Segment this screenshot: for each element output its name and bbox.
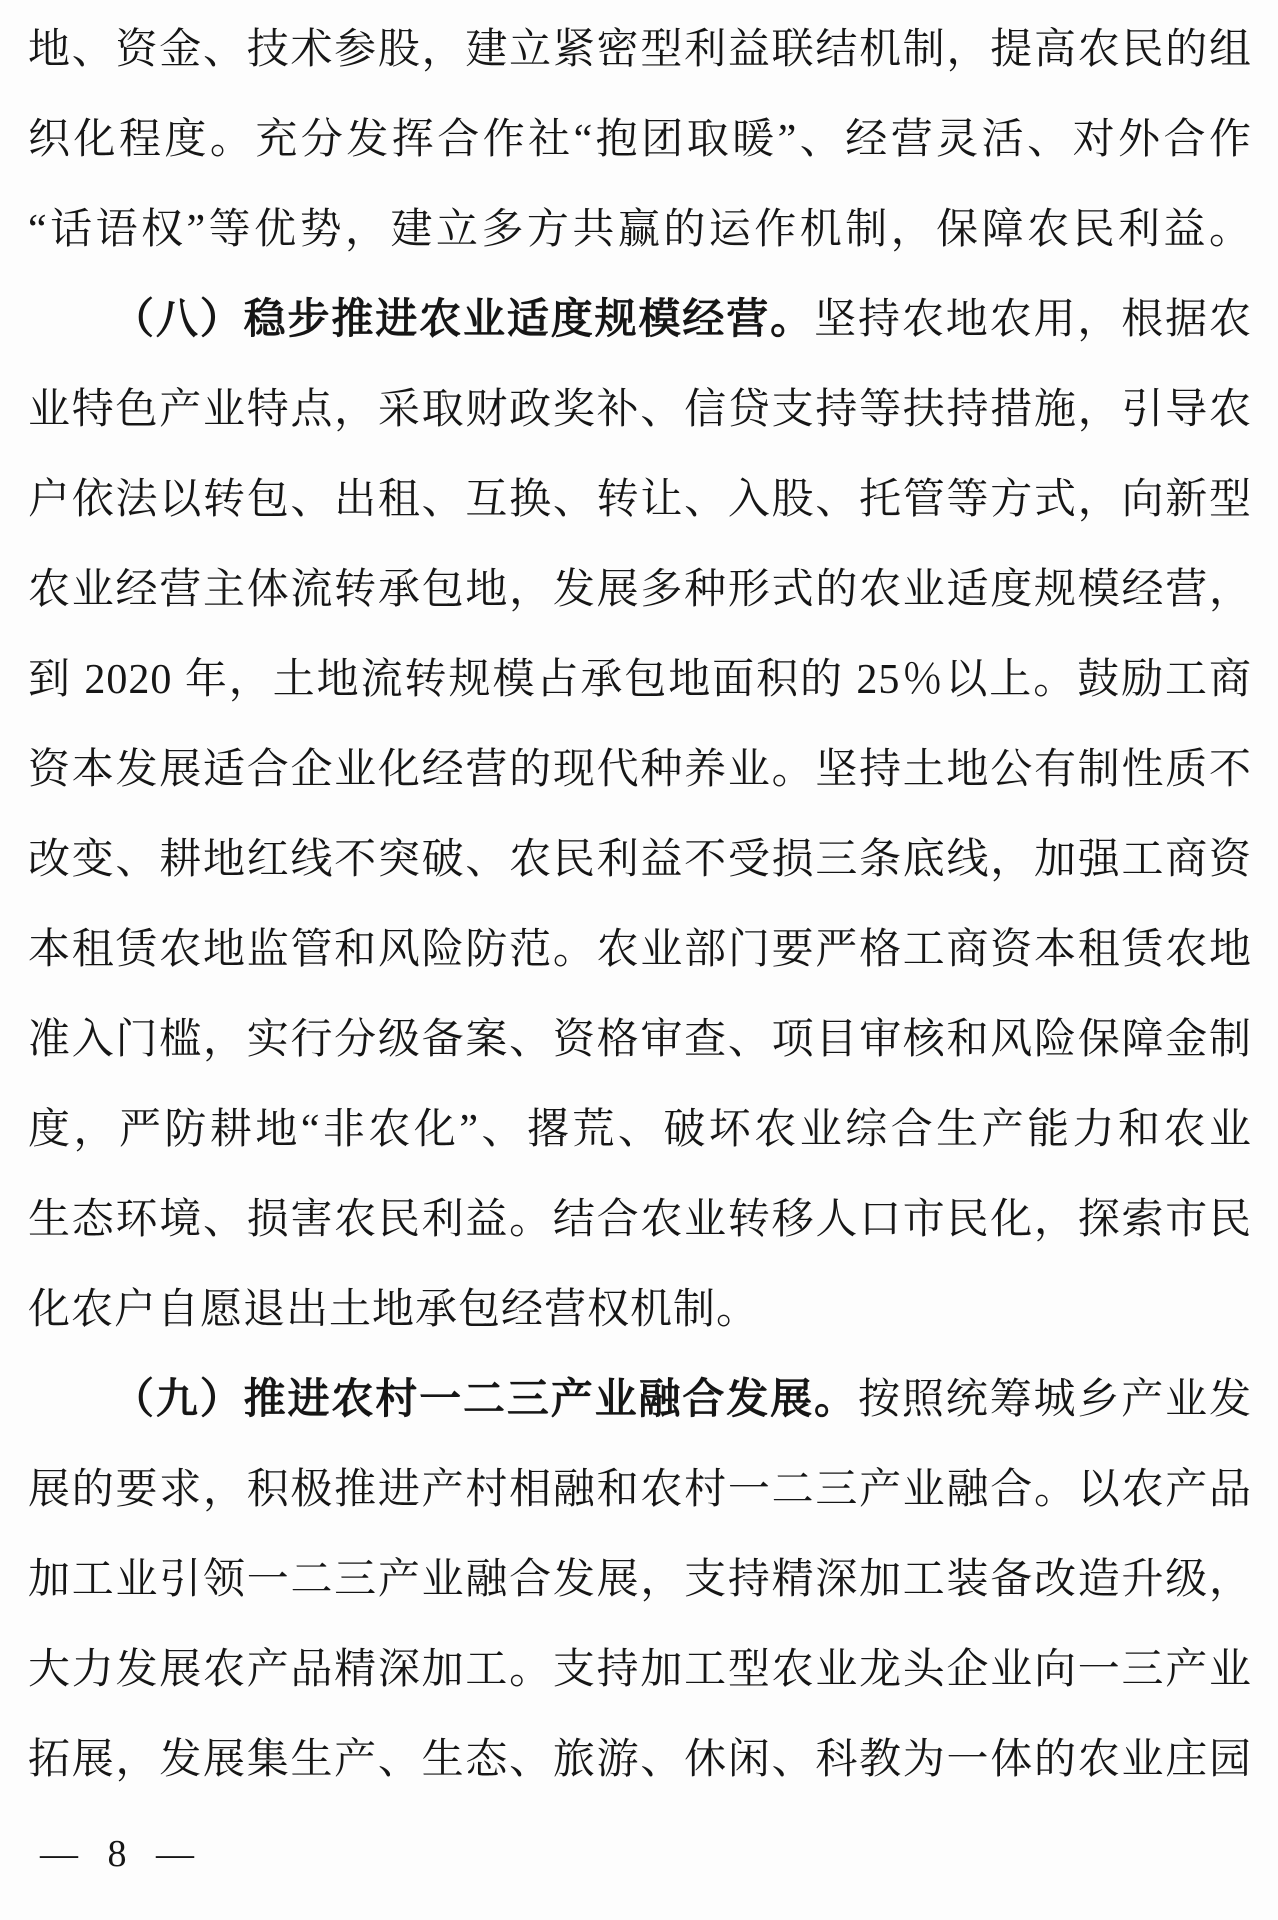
- body-text: 大力发展农产品精深加工。支持加工型农业龙头企业向一三产业: [28, 1647, 1252, 1693]
- body-text: 织化程度。充分发挥合作社“抱团取暖”、经营灵活、对外合作: [28, 117, 1252, 163]
- body-text: 加工业引领一二三产业融合发展，支持精深加工装备改造升级，: [28, 1557, 1252, 1603]
- body-text: 坚持农地农用，根据农: [814, 297, 1252, 343]
- text-line: 本租赁农地监管和风险防范。农业部门要严格工商资本租赁农地: [28, 905, 1252, 995]
- body-text: 生态环境、损害农民利益。结合农业转移人口市民化，探索市民: [28, 1197, 1252, 1243]
- text-line: 展的要求，积极推进产村相融和农村一二三产业融合。以农产品: [28, 1445, 1252, 1535]
- text-line: （九）推进农村一二三产业融合发展。按照统筹城乡产业发: [28, 1355, 1252, 1445]
- body-text: “话语权”等优势，建立多方共赢的运作机制，保障农民利益。: [28, 207, 1252, 253]
- document-page: 地、资金、技术参股，建立紧密型利益联结机制，提高农民的组织化程度。充分发挥合作社…: [0, 0, 1278, 1920]
- page-number: — 8 —: [28, 1831, 1252, 1877]
- text-line: 准入门槛，实行分级备案、资格审查、项目审核和风险保障金制: [28, 995, 1252, 1085]
- text-line: 大力发展农产品精深加工。支持加工型农业龙头企业向一三产业: [28, 1625, 1252, 1715]
- body-text: 业特色产业特点，采取财政奖补、信贷支持等扶持措施，引导农: [28, 387, 1252, 433]
- text-line: 户依法以转包、出租、互换、转让、入股、托管等方式，向新型: [28, 455, 1252, 545]
- body-text: 本租赁农地监管和风险防范。农业部门要严格工商资本租赁农地: [28, 927, 1252, 973]
- body-text: 化农户自愿退出土地承包经营权机制。: [28, 1287, 759, 1333]
- section-heading-text: （九）推进农村一二三产业融合发展。: [112, 1377, 858, 1423]
- body-text: 拓展，发展集生产、生态、旅游、休闲、科教为一体的农业庄园: [28, 1737, 1252, 1783]
- body-text: 改变、耕地红线不突破、农民利益不受损三条底线，加强工商资: [28, 837, 1252, 883]
- body-text: 户依法以转包、出租、互换、转让、入股、托管等方式，向新型: [28, 477, 1252, 523]
- body-text: 到 2020 年，土地流转规模占承包地面积的 25％以上。鼓励工商: [28, 657, 1252, 703]
- text-line: 生态环境、损害农民利益。结合农业转移人口市民化，探索市民: [28, 1175, 1252, 1265]
- body-text: 地、资金、技术参股，建立紧密型利益联结机制，提高农民的组: [28, 27, 1252, 73]
- section-heading-text: （八）稳步推进农业适度规模经营。: [112, 297, 814, 343]
- text-line: 农业经营主体流转承包地，发展多种形式的农业适度规模经营，: [28, 545, 1252, 635]
- text-line: 改变、耕地红线不突破、农民利益不受损三条底线，加强工商资: [28, 815, 1252, 905]
- body-text: 按照统筹城乡产业发: [858, 1377, 1252, 1423]
- body-text: 度，严防耕地“非农化”、撂荒、破坏农业综合生产能力和农业: [28, 1107, 1252, 1153]
- text-line: 度，严防耕地“非农化”、撂荒、破坏农业综合生产能力和农业: [28, 1085, 1252, 1175]
- text-line: 织化程度。充分发挥合作社“抱团取暖”、经营灵活、对外合作: [28, 95, 1252, 185]
- body-text: 展的要求，积极推进产村相融和农村一二三产业融合。以农产品: [28, 1467, 1252, 1513]
- text-line: 资本发展适合企业化经营的现代种养业。坚持土地公有制性质不: [28, 725, 1252, 815]
- document-body: 地、资金、技术参股，建立紧密型利益联结机制，提高农民的组织化程度。充分发挥合作社…: [28, 5, 1252, 1805]
- text-line: 加工业引领一二三产业融合发展，支持精深加工装备改造升级，: [28, 1535, 1252, 1625]
- text-line: （八）稳步推进农业适度规模经营。坚持农地农用，根据农: [28, 275, 1252, 365]
- text-line: 到 2020 年，土地流转规模占承包地面积的 25％以上。鼓励工商: [28, 635, 1252, 725]
- body-text: 准入门槛，实行分级备案、资格审查、项目审核和风险保障金制: [28, 1017, 1252, 1063]
- text-line: 业特色产业特点，采取财政奖补、信贷支持等扶持措施，引导农: [28, 365, 1252, 455]
- text-line: 化农户自愿退出土地承包经营权机制。: [28, 1265, 1252, 1355]
- text-line: “话语权”等优势，建立多方共赢的运作机制，保障农民利益。: [28, 185, 1252, 275]
- body-text: 农业经营主体流转承包地，发展多种形式的农业适度规模经营，: [28, 567, 1252, 613]
- text-line: 拓展，发展集生产、生态、旅游、休闲、科教为一体的农业庄园: [28, 1715, 1252, 1805]
- text-line: 地、资金、技术参股，建立紧密型利益联结机制，提高农民的组: [28, 5, 1252, 95]
- body-text: 资本发展适合企业化经营的现代种养业。坚持土地公有制性质不: [28, 747, 1252, 793]
